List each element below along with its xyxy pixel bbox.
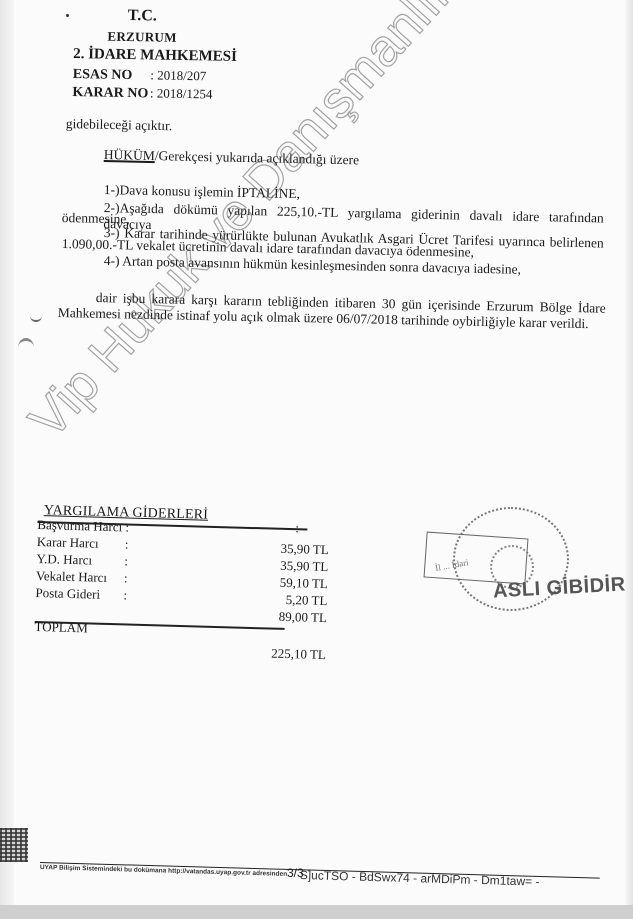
header-tc: T.C. — [128, 7, 157, 26]
expense-colon: : — [124, 570, 128, 586]
intro-text: gidebileceği açıktır. — [66, 116, 173, 134]
total-label: TOPLAM — [34, 619, 88, 636]
expense-amount: 59,10 TL — [279, 575, 328, 592]
expense-colon: : — [125, 536, 129, 552]
expense-amount: 35,90 TL — [280, 558, 329, 575]
page-left-edge — [0, 0, 14, 905]
karar-value: : 2018/1254 — [150, 85, 213, 101]
document-page: T.C. ERZURUM 2. İDARE MAHKEMESİ ESAS NO … — [0, 0, 633, 905]
footer-verification-code: S]ucTSO - BdSwx74 - arMDiPm - Dm1taw= - — [300, 868, 540, 889]
expense-colon: : — [123, 587, 127, 603]
expense-label: Karar Harcı — [37, 534, 99, 552]
punch-hole-mark — [30, 314, 42, 322]
expenses-table: YARGILAMA GİDERLERİ : Başvurma Harcı : K… — [34, 503, 338, 661]
karar-label: KARAR NO — [72, 85, 146, 102]
hukum-line: HÜKÜM/Gerekçesi yukarıda açıklandığı üze… — [104, 147, 360, 168]
scan-bottom-edge — [0, 905, 633, 919]
expense-amount: 35,90 TL — [280, 541, 329, 558]
karar-no: KARAR NO : 2018/1254 — [72, 84, 212, 103]
expense-amount: 5,20 TL — [286, 592, 328, 609]
header-court: 2. İDARE MAHKEMESİ — [73, 46, 237, 66]
punch-hole — [18, 338, 34, 357]
item-1: 1-)Dava konusu işlemin İPTALİNE, — [104, 182, 300, 202]
esas-label: ESAS NO — [73, 67, 147, 84]
speck — [66, 14, 69, 17]
total-amount: 225,10 TL — [271, 646, 326, 664]
stamp-box — [424, 531, 529, 584]
expense-label: Başvurma Harcı : — [37, 517, 129, 536]
expense-subtotal: 89,00 TL — [279, 609, 328, 626]
header-city: ERZURUM — [107, 29, 177, 46]
hukum-label: HÜKÜM — [104, 147, 155, 163]
hukum-rest: /Gerekçesi yukarıda açıklandığı üzere — [155, 148, 360, 167]
expense-label: Y.D. Harcı — [36, 551, 92, 569]
esas-value: : 2018/207 — [150, 67, 206, 83]
page-right-edge — [625, 0, 633, 905]
expense-label: Posta Gideri — [35, 585, 100, 603]
expense-label: Vekalet Harcı — [36, 568, 108, 586]
official-stamp: İl ... İdari ASLI GİBİDİR — [415, 505, 595, 625]
expense-colon: : — [124, 553, 128, 569]
esas-no: ESAS NO : 2018/207 — [73, 66, 207, 85]
qr-code-icon — [0, 828, 28, 862]
